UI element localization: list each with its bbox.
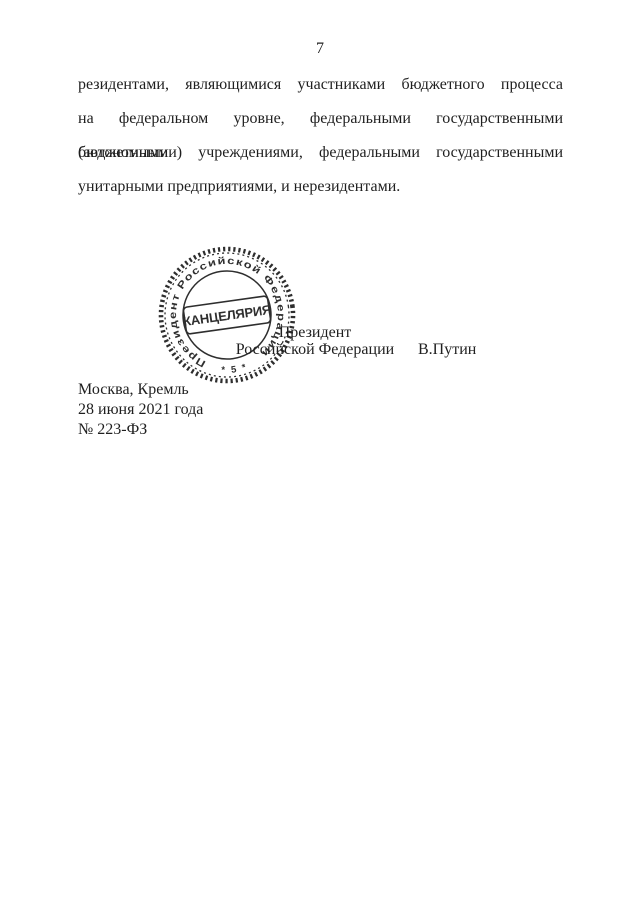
document-page: 7 резидентами, являющимися участниками б…	[0, 0, 640, 905]
issuance-date: 28 июня 2021 года	[78, 400, 203, 420]
signature-name: В.Путин	[418, 341, 476, 358]
paragraph-line: на федеральном уровне, федеральными госу…	[78, 102, 563, 136]
paragraph-line: (автономными) учреждениями, федеральными…	[78, 136, 563, 170]
chancellery-stamp-icon: Президент Российской Федерации * 5 * КАН…	[152, 240, 302, 390]
body-paragraph: резидентами, являющимися участниками бюд…	[78, 68, 563, 204]
page-number: 7	[0, 40, 640, 58]
stamp-bottom-text: * 5 *	[219, 361, 249, 377]
paragraph-line: унитарными предприятиями, и нерезидентам…	[78, 170, 563, 204]
paragraph-line: резидентами, являющимися участниками бюд…	[78, 68, 563, 102]
issuance-doc-number: № 223-ФЗ	[78, 420, 203, 440]
